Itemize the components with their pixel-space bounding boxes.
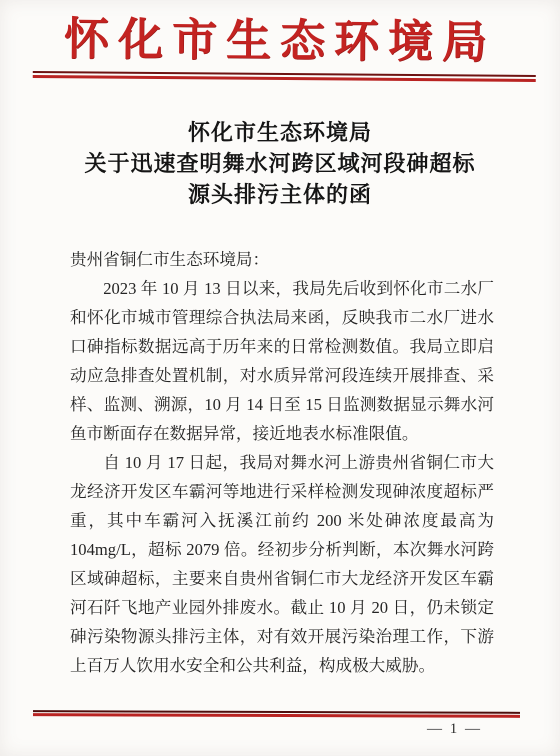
document-title-line2: 关于迅速查明舞水河跨区域河段砷超标 [0, 148, 560, 179]
document-title-line3: 源头排污主体的函 [0, 179, 560, 210]
letterhead-double-rule [33, 71, 536, 82]
body-paragraph-2: 自 10 月 17 日起，我局对舞水河上游贵州省铜仁市大龙经济开发区车霸河等地进… [70, 448, 494, 680]
document-title-line1: 怀化市生态环境局 [0, 117, 560, 148]
page-number: — 1 — [427, 721, 482, 738]
letterhead-section: 怀化市生态环境局 [0, 11, 560, 83]
scanned-document-page: 怀化市生态环境局 怀化市生态环境局 关于迅速查明舞水河跨区域河段砷超标 源头排污… [0, 0, 560, 756]
document-body: 贵州省铜仁市生态环境局： 2023 年 10 月 13 日以来，我局先后收到怀化… [70, 245, 494, 680]
body-paragraph-1: 2023 年 10 月 13 日以来，我局先后收到怀化市二水厂和怀化市城市管理综… [70, 274, 494, 448]
footer-double-rule [33, 710, 520, 718]
agency-letterhead: 怀化市生态环境局 [0, 11, 560, 72]
document-title: 怀化市生态环境局 关于迅速查明舞水河跨区域河段砷超标 源头排污主体的函 [0, 117, 560, 210]
footer-rule-red-line [33, 714, 520, 718]
salutation: 贵州省铜仁市生态环境局： [70, 245, 494, 274]
